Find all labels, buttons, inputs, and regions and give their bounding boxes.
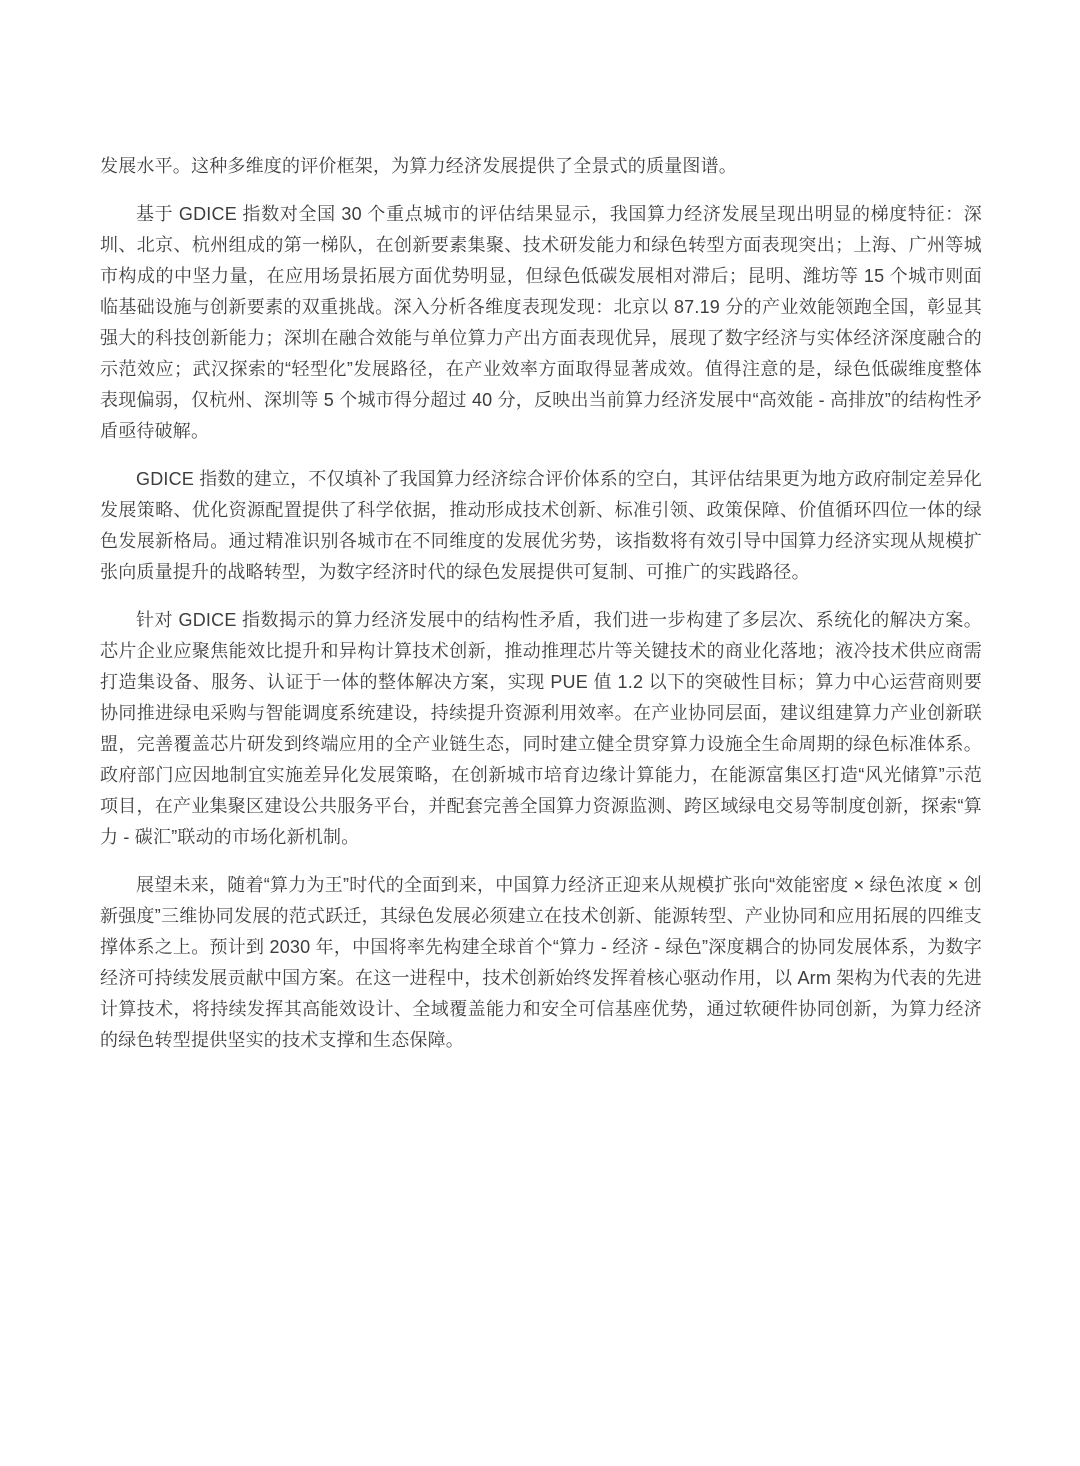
paragraph-continuation: 发展水平。这种多维度的评价框架，为算力经济发展提供了全景式的质量图谱。	[100, 151, 982, 182]
paragraph-gdice-index-significance: GDICE 指数的建立，不仅填补了我国算力经济综合评价体系的空白，其评估结果更为…	[100, 464, 982, 588]
document-page: 发展水平。这种多维度的评价框架，为算力经济发展提供了全景式的质量图谱。 基于 G…	[0, 0, 1080, 1466]
paragraph-future-outlook: 展望未来，随着“算力为王”时代的全面到来，中国算力经济正迎来从规模扩张向“效能密…	[100, 870, 982, 1056]
paragraph-solution-framework: 针对 GDICE 指数揭示的算力经济发展中的结构性矛盾，我们进一步构建了多层次、…	[100, 605, 982, 853]
paragraph-gdice-city-evaluation: 基于 GDICE 指数对全国 30 个重点城市的评估结果显示，我国算力经济发展呈…	[100, 199, 982, 447]
